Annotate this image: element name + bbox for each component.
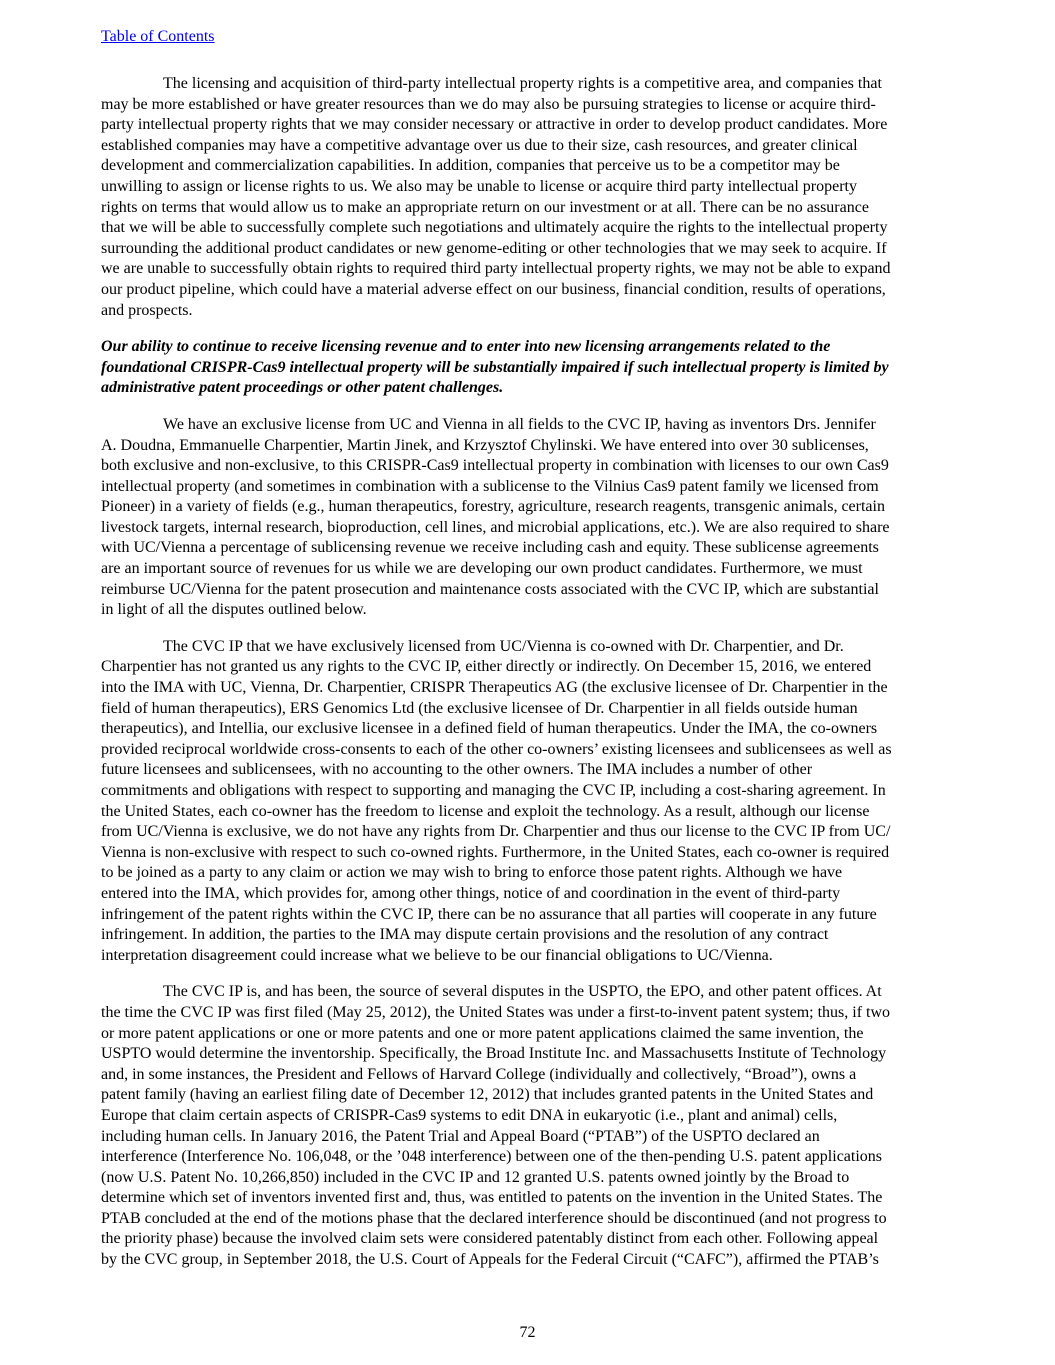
paragraph-exclusive-license: We have an exclusive license from UC and… xyxy=(101,415,957,621)
text-line: The CVC IP that we have exclusively lice… xyxy=(101,637,957,658)
text-line: unwilling to assign or license rights to… xyxy=(101,177,957,198)
text-line: and, in some instances, the President an… xyxy=(101,1065,957,1086)
document-body: The licensing and acquisition of third-p… xyxy=(101,74,957,1287)
text-line: in light of all the disputes outlined be… xyxy=(101,600,957,621)
text-line: interpretation disagreement could increa… xyxy=(101,946,957,967)
text-line: from UC/Vienna is exclusive, we do not h… xyxy=(101,822,957,843)
text-line: provided reciprocal worldwide cross-cons… xyxy=(101,740,957,761)
text-line: Pioneer) in a variety of fields (e.g., h… xyxy=(101,497,957,518)
paragraph-licensing-competition: The licensing and acquisition of third-p… xyxy=(101,74,957,321)
text-line: that we will be able to successfully com… xyxy=(101,218,957,239)
text-line: may be more established or have greater … xyxy=(101,95,957,116)
text-line: field of human therapeutics), ERS Genomi… xyxy=(101,699,957,720)
text-line: intellectual property (and sometimes in … xyxy=(101,477,957,498)
text-line: USPTO would determine the inventorship. … xyxy=(101,1044,957,1065)
text-line: interference (Interference No. 106,048, … xyxy=(101,1147,957,1168)
text-line: established companies may have a competi… xyxy=(101,136,957,157)
text-line: into the IMA with UC, Vienna, Dr. Charpe… xyxy=(101,678,957,699)
text-line: commitments and obligations with respect… xyxy=(101,781,957,802)
text-line: Charpentier has not granted us any right… xyxy=(101,657,957,678)
text-line: or more patent applications or one or mo… xyxy=(101,1024,957,1045)
paragraph-co-ownership: The CVC IP that we have exclusively lice… xyxy=(101,637,957,967)
heading-line: administrative patent proceedings or oth… xyxy=(101,378,957,399)
text-line: The licensing and acquisition of third-p… xyxy=(101,74,957,95)
text-line: are an important source of revenues for … xyxy=(101,559,957,580)
page-number: 72 xyxy=(0,1323,1055,1343)
text-line: Europe that claim certain aspects of CRI… xyxy=(101,1106,957,1127)
text-line: infringement of the patent rights within… xyxy=(101,905,957,926)
text-line: livestock targets, internal research, bi… xyxy=(101,518,957,539)
text-line: patent family (having an earliest filing… xyxy=(101,1085,957,1106)
text-line: surrounding the additional product candi… xyxy=(101,239,957,260)
text-line: both exclusive and non-exclusive, to thi… xyxy=(101,456,957,477)
paragraph-patent-disputes: The CVC IP is, and has been, the source … xyxy=(101,982,957,1270)
text-line: A. Doudna, Emmanuelle Charpentier, Marti… xyxy=(101,436,957,457)
text-line: the time the CVC IP was first filed (May… xyxy=(101,1003,957,1024)
text-line: reimburse UC/Vienna for the patent prose… xyxy=(101,580,957,601)
text-line: future licensees and sublicensees, with … xyxy=(101,760,957,781)
text-line: We have an exclusive license from UC and… xyxy=(101,415,957,436)
heading-line: Our ability to continue to receive licen… xyxy=(101,337,957,358)
text-line: development and commercialization capabi… xyxy=(101,156,957,177)
text-line: our product pipeline, which could have a… xyxy=(101,280,957,301)
text-line: the United States, each co-owner has the… xyxy=(101,802,957,823)
table-of-contents-link[interactable]: Table of Contents xyxy=(101,27,215,47)
text-line: PTAB concluded at the end of the motions… xyxy=(101,1209,957,1230)
text-line: the priority phase) because the involved… xyxy=(101,1229,957,1250)
text-line: infringement. In addition, the parties t… xyxy=(101,925,957,946)
text-line: we are unable to successfully obtain rig… xyxy=(101,259,957,280)
text-line: entered into the IMA, which provides for… xyxy=(101,884,957,905)
text-line: to be joined as a party to any claim or … xyxy=(101,863,957,884)
text-line: rights on terms that would allow us to m… xyxy=(101,198,957,219)
text-line: and prospects. xyxy=(101,301,957,322)
text-line: party intellectual property rights that … xyxy=(101,115,957,136)
text-line: with UC/Vienna a percentage of sublicens… xyxy=(101,538,957,559)
text-line: (now U.S. Patent No. 10,266,850) include… xyxy=(101,1168,957,1189)
text-line: by the CVC group, in September 2018, the… xyxy=(101,1250,957,1271)
text-line: Vienna is non-exclusive with respect to … xyxy=(101,843,957,864)
heading-line: foundational CRISPR-Cas9 intellectual pr… xyxy=(101,358,957,379)
text-line: The CVC IP is, and has been, the source … xyxy=(101,982,957,1003)
text-line: including human cells. In January 2016, … xyxy=(101,1127,957,1148)
text-line: therapeutics), and Intellia, our exclusi… xyxy=(101,719,957,740)
text-line: determine which set of inventors invente… xyxy=(101,1188,957,1209)
risk-factor-heading: Our ability to continue to receive licen… xyxy=(101,337,957,399)
